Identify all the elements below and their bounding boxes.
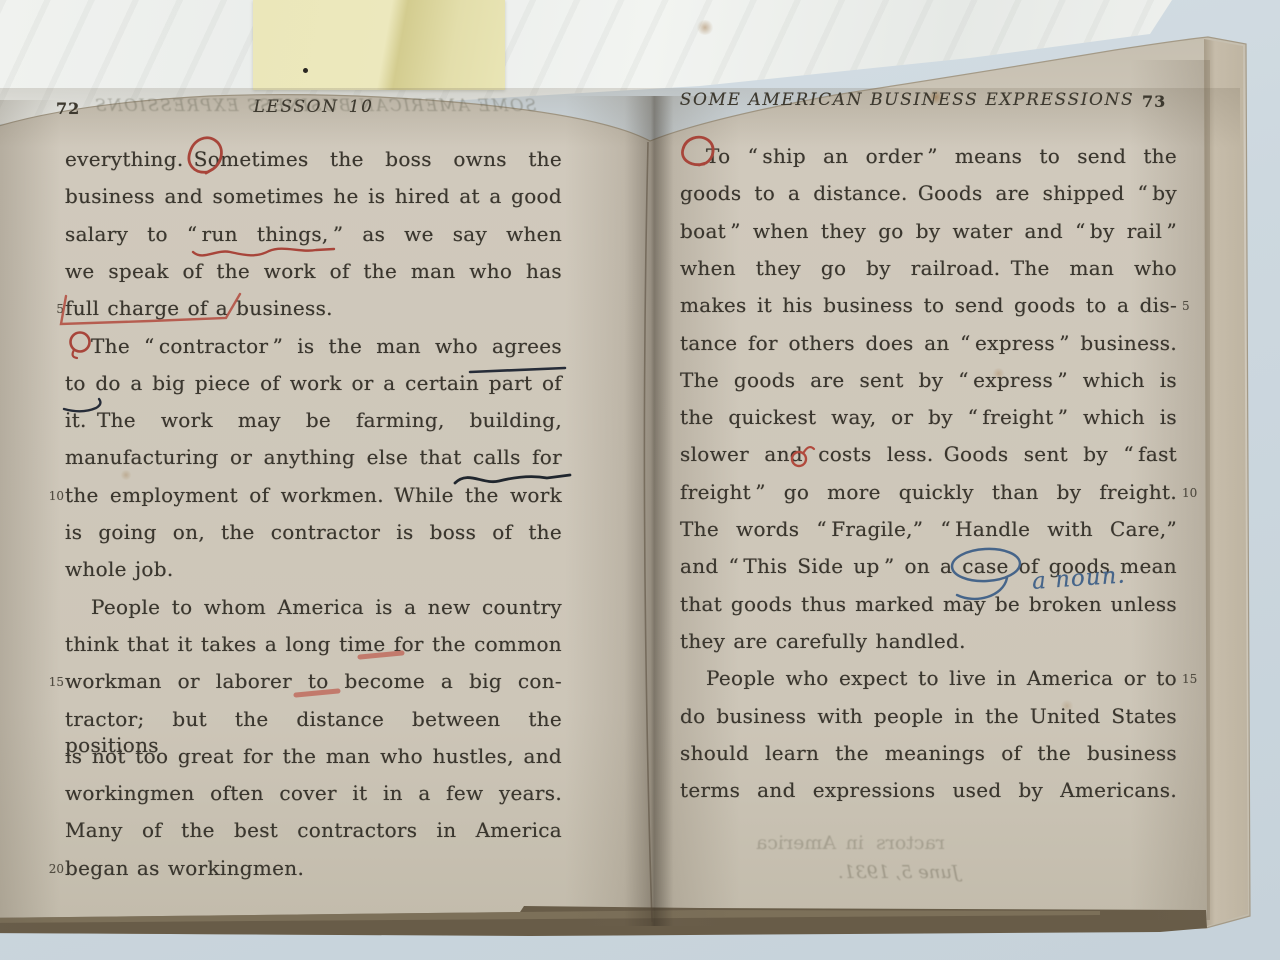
page-stack-edge (1204, 39, 1248, 926)
text-line: we speak of the work of the man who has (65, 258, 562, 285)
text-line: freight ” go more quickly than by freigh… (680, 479, 1177, 506)
text-line: should learn the meanings of the busines… (680, 740, 1177, 767)
text-line: boat ” when they go by water and “ by ra… (680, 218, 1177, 245)
text-line: to do a big piece of work or a certain p… (65, 370, 562, 397)
text-line: To “ ship an order ” means to send the (680, 143, 1177, 170)
text-line: when they go by railroad. The man who (680, 255, 1177, 282)
text-line: that goods thus marked may be broken unl… (680, 591, 1177, 618)
text-line: Many of the best contractors in America (65, 817, 562, 844)
text-line: began as workingmen. (65, 855, 562, 882)
text-line: workingmen often cover it in a few years… (65, 780, 562, 807)
text-line: The “ contractor ” is the man who agrees (65, 333, 562, 360)
text-line: business and sometimes he is hired at a … (65, 183, 562, 210)
text-line: slower and costs less. Goods sent by “ f… (680, 441, 1177, 468)
text-line: tractor; but the distance between the po… (65, 706, 562, 733)
text-line: it. The work may be farming, building, (65, 407, 562, 434)
margin-line-number: 10 (1182, 486, 1208, 500)
text-line: People to whom America is a new country (65, 594, 562, 621)
right-margin-numbers: 51015 (1182, 0, 1208, 960)
text-line: The words “ Fragile,” “ Handle with Care… (680, 516, 1177, 543)
text-line: is not too great for the man who hustles… (65, 743, 562, 770)
text-line: tance for others does an “ express ” bus… (680, 330, 1177, 357)
text-line: salary to “ run things, ” as we say when (65, 221, 562, 248)
left-page-text: everything. Sometimes the boss owns theb… (65, 0, 562, 960)
text-line: terms and expressions used by Americans. (680, 777, 1177, 804)
text-line: they are carefully handled. (680, 628, 1177, 655)
margin-line-number: 5 (38, 302, 64, 316)
text-line: workman or laborer to become a big con- (65, 668, 562, 695)
text-line: whole job. (65, 556, 562, 583)
margin-line-number: 20 (38, 862, 64, 876)
text-line: manufacturing or anything else that call… (65, 444, 562, 471)
right-page-text: To “ ship an order ” means to send thego… (680, 0, 1177, 960)
margin-line-number: 15 (38, 675, 64, 689)
margin-line-number: 5 (1182, 299, 1208, 313)
text-line: is going on, the contractor is boss of t… (65, 519, 562, 546)
text-line: The goods are sent by “ express ” which … (680, 367, 1177, 394)
text-line: People who expect to live in America or … (680, 665, 1177, 692)
text-line: the employment of workmen. While the wor… (65, 482, 562, 509)
text-line: think that it takes a long time for the … (65, 631, 562, 658)
margin-line-number: 10 (38, 489, 64, 503)
margin-line-number: 15 (1182, 672, 1208, 686)
text-line: full charge of a business. (65, 295, 562, 322)
left-margin-numbers: 5101520 (38, 0, 64, 960)
text-line: goods to a distance. Goods are shipped “… (680, 180, 1177, 207)
text-line: the quickest way, or by “ freight ” whic… (680, 404, 1177, 431)
text-line: makes it his business to send goods to a… (680, 292, 1177, 319)
text-line: everything. Sometimes the boss owns the (65, 146, 562, 173)
text-line: do business with people in the United St… (680, 703, 1177, 730)
book-photo: SOME AMERICAN BUSINESS EXPRESSIONS racto… (0, 0, 1280, 960)
